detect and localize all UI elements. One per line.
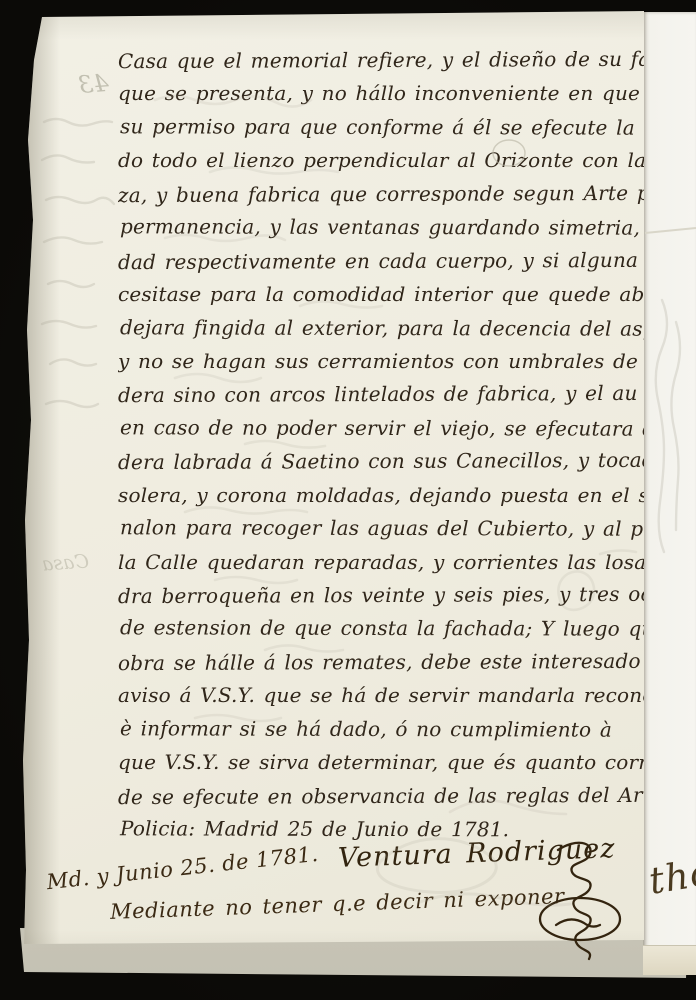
manuscript-line: za, y buena fabrica que corresponde segu… (118, 177, 646, 213)
manuscript-line: de estension de que consta la fachada; Y… (120, 612, 646, 647)
adjacent-page: tho (643, 12, 696, 975)
manuscript-line: è informar si se há dado, ó no cumplimie… (120, 712, 646, 747)
manuscript-line: do todo el lienzo perpendicular al Orizo… (118, 144, 646, 177)
manuscript-line: Casa que el memorial refiere, y el diseñ… (118, 44, 646, 79)
manuscript-line: y no se hagan sus cerramientos con umbra… (118, 345, 646, 378)
manuscript-line: su permiso para que conforme á él se efe… (120, 110, 646, 145)
manuscript-text-block: Casa que el memorial refiere, y el diseñ… (118, 44, 646, 856)
manuscript-line: solera, y corona moldadas, dejando puest… (118, 479, 646, 512)
manuscript-line: que se presenta, y no hállo inconvenient… (118, 77, 646, 110)
manuscript-line: que V.S.Y. se sirva determinar, que és q… (118, 746, 646, 779)
manuscript-line: cesitase para la comodidad interior que … (118, 278, 646, 311)
bleed-through-folio-number: 43 (77, 69, 109, 99)
manuscript-line: de se efecute en observancia de las regl… (118, 778, 646, 814)
manuscript-line: dera sino con arcos lintelados de fabric… (118, 377, 646, 413)
next-page-text-fragment: tho (646, 850, 696, 902)
marginal-note-annotation: Mediante no tener q.e decir ni exponer (110, 884, 565, 924)
manuscript-line: aviso á V.S.Y. que se há de servir manda… (118, 679, 646, 712)
adjacent-page-edge-band (643, 945, 696, 975)
manuscript-line: permanencia, y las ventanas guardando si… (120, 210, 646, 245)
bleed-through-word: Casa (41, 550, 89, 575)
manuscript-line: en caso de no poder servir el viejo, se … (120, 411, 646, 446)
manuscript-page: 43 Casa Casa que el memorial refiere, y … (0, 0, 696, 1000)
manuscript-line: dra berroqueña en los veinte y seis pies… (118, 578, 646, 614)
manuscript-line: dejara fingida al exterior, para la dece… (120, 311, 646, 346)
scanned-manuscript-photo: tho 43 Casa Casa que el memorial refiere… (0, 0, 696, 1000)
manuscript-line: la Calle quedaran reparadas, y corriente… (118, 546, 646, 579)
manuscript-line: dera labrada á Saetino con sus Canecillo… (118, 444, 646, 480)
manuscript-line: dad respectivamente en cada cuerpo, y si… (118, 243, 646, 279)
manuscript-line: nalon para recoger las aguas del Cubiert… (120, 511, 646, 546)
manuscript-line: obra se hálle á los remates, debe este i… (118, 645, 646, 681)
